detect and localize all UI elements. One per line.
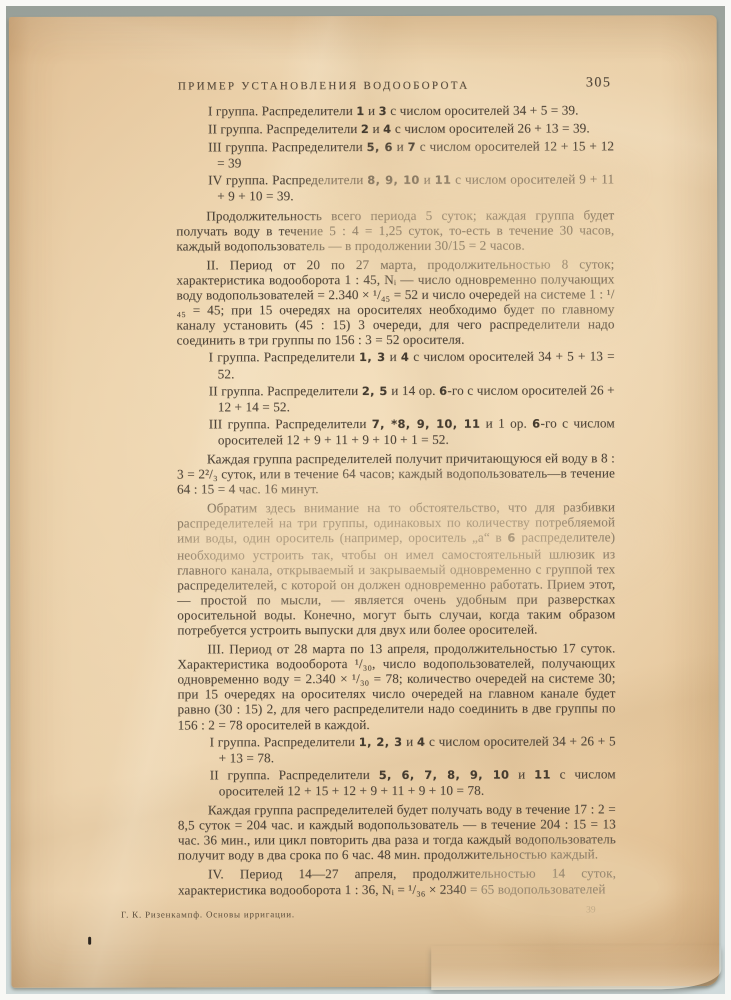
- sheet-number: 39: [586, 905, 596, 915]
- text-para-5: Продолжительность всего периода 5 суток;…: [176, 207, 614, 253]
- distributor-number: 1, 3: [359, 350, 385, 364]
- text-para-15: Каждая группа распределителей будет полу…: [178, 801, 616, 863]
- text-item-8: II группа. Распределители 2, 5 и 14 ор. …: [177, 382, 615, 414]
- distributor-number: 11: [435, 173, 452, 187]
- text-item-1: I группа. Распределители 1 и 3 с числом …: [176, 102, 614, 119]
- text-item-4: IV группа. Распределители 8, 9, 10 и 11 …: [176, 172, 614, 204]
- text-item-9: III группа. Распределители 7, *8, 9, 10,…: [177, 415, 615, 447]
- distributor-number: 1: [356, 104, 364, 118]
- page-number: 305: [586, 75, 612, 91]
- distributor-number: 6: [507, 531, 515, 545]
- ink-speck: [88, 937, 91, 945]
- distributor-number: 1, 2, 3: [359, 735, 403, 749]
- distributor-number: 3: [379, 104, 387, 118]
- text-block: I группа. Распределители 1 и 3 с числом …: [176, 100, 616, 897]
- page-curl: [431, 945, 721, 990]
- distributor-number: 2: [361, 122, 369, 136]
- text-item-2: II группа. Распределители 2 и 4 с числом…: [176, 120, 614, 137]
- text-para-11: Обратим здесь внимание на то обстоятельс…: [177, 500, 615, 638]
- distributor-number: 11: [534, 767, 551, 781]
- text-para-12: III. Период от 28 марта по 13 апреля, пр…: [177, 640, 615, 732]
- text-item-3: III группа. Распределители 5, 6 и 7 с чи…: [176, 139, 614, 171]
- distributor-number: 4: [401, 350, 409, 364]
- text-para-10: Каждая группа распределителей получит пр…: [177, 450, 615, 496]
- distributor-number: 6: [439, 383, 447, 397]
- text-item-7: I группа. Распределители 1, 3 и 4 с числ…: [177, 349, 615, 381]
- distributor-number: 7: [408, 140, 416, 154]
- running-header-title: ПРИМЕР УСТАНОВЛЕНИЯ ВОДООБОРОТА: [178, 80, 470, 93]
- distributor-number: 5, 6, 7, 8, 9, 10: [379, 767, 510, 781]
- distributor-number: 4: [417, 734, 425, 748]
- text-item-14: II группа. Распределители 5, 6, 7, 8, 9,…: [178, 766, 616, 798]
- text-para-6: II. Период от 20 по 27 марта, продолжите…: [176, 256, 614, 348]
- book-signature-line: Г. К. Ризенкампф. Основы ирригации.: [121, 909, 295, 919]
- text-item-13: I группа. Распределители 1, 2, 3 и 4 с ч…: [178, 733, 616, 765]
- distributor-number: 7, *8, 9, 10, 11: [372, 416, 481, 430]
- distributor-number: 4: [383, 122, 391, 136]
- distributor-number: 8, 9, 10: [367, 173, 419, 187]
- distributor-number: 2, 5: [362, 384, 388, 398]
- distributor-number: 6: [532, 416, 540, 430]
- scanned-book-page: ПРИМЕР УСТАНОВЛЕНИЯ ВОДООБОРОТА 305 I гр…: [9, 15, 720, 988]
- distributor-number: 5, 6: [367, 140, 393, 154]
- text-para-16: IV. Период 14—27 апреля, продолжительнос…: [178, 866, 616, 897]
